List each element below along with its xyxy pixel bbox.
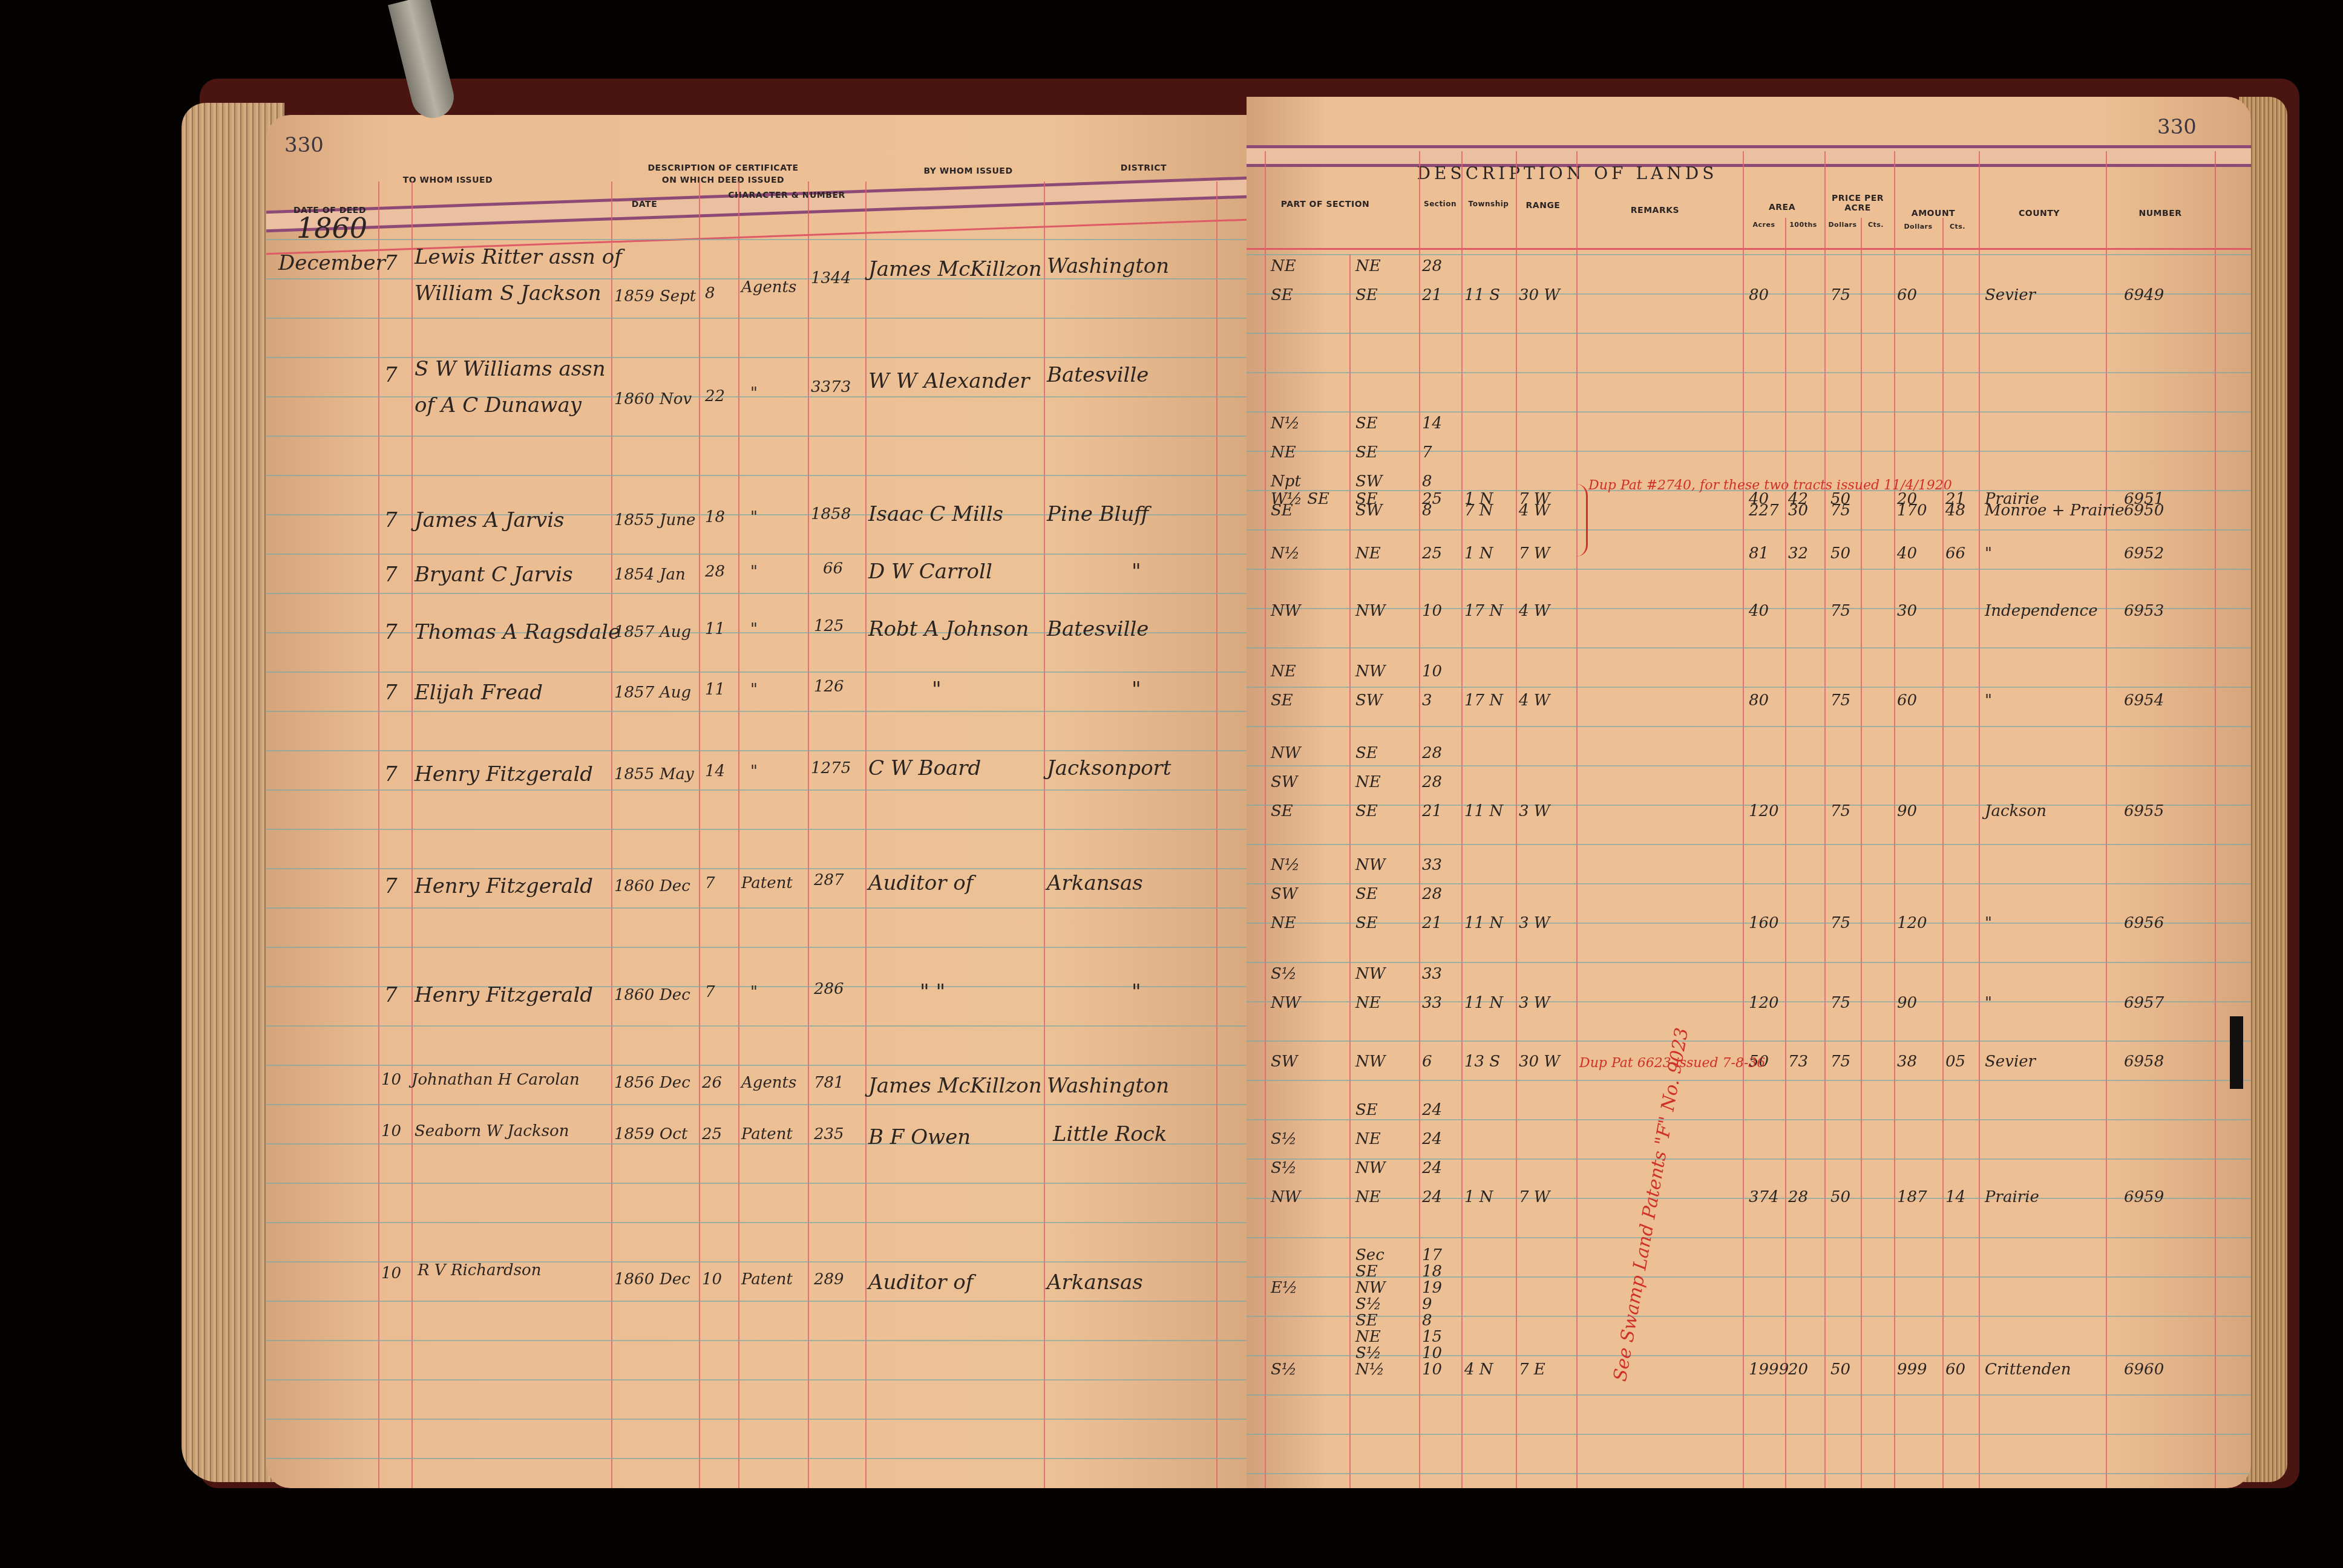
page-number-left: 330 (284, 133, 324, 157)
entry-cert-day: 26 (702, 1074, 722, 1092)
entry-cert-number: 126 (814, 678, 844, 696)
land-township: 11 S (1464, 286, 1500, 304)
ruled-line (1247, 1119, 2251, 1120)
column-rule (1516, 151, 1517, 1488)
price-per-acre-cts: 75 (1830, 994, 1850, 1012)
land-section: 21 (1422, 802, 1442, 820)
header-band (1247, 145, 2251, 167)
county: Sevier (1985, 1053, 2036, 1071)
land-section: 10 (1422, 1344, 1442, 1362)
entry-cert-number: 1275 (811, 759, 851, 777)
amount-dollars: 40 (1897, 544, 1917, 563)
ruled-line (1247, 1237, 2251, 1238)
entry-district: Arkansas (1047, 871, 1143, 895)
ruled-line (266, 1104, 1247, 1105)
column-rule (1861, 218, 1862, 1488)
ruled-line (266, 1379, 1247, 1380)
land-section: 7 (1422, 443, 1432, 462)
column-rule (1894, 151, 1895, 1488)
entry-by-whom: James McKillzon (868, 1074, 1042, 1098)
entry-cert-year: 1860 (614, 877, 654, 895)
price-per-acre-cts: 75 (1830, 914, 1850, 932)
entry-cert-number: 1344 (811, 269, 851, 287)
land-part-of-section: NW (1271, 994, 1300, 1012)
amount-dollars: 187 (1897, 1188, 1927, 1206)
land-section: 8 (1422, 1312, 1432, 1330)
amount-cts: 05 (1945, 1053, 1965, 1071)
land-section: 28 (1422, 257, 1442, 275)
entry-district: " (1132, 980, 1141, 1004)
ruled-line (1247, 1434, 2251, 1435)
ruled-line (1247, 1040, 2251, 1042)
column-rule (1265, 151, 1266, 1488)
entry-character: Agents (741, 1074, 796, 1092)
land-section: 28 (1422, 744, 1442, 762)
entry-cert-day: 14 (705, 762, 725, 780)
amount-dollars: 120 (1897, 914, 1927, 932)
entry-cert-day: 11 (705, 681, 725, 699)
land-range: 3 W (1519, 802, 1550, 820)
entry-character: Patent (741, 874, 793, 892)
entry-name: S W Williams assn (415, 357, 606, 381)
land-range: 7 W (1519, 544, 1550, 563)
header-by-whom-issued: BY WHOM ISSUED (902, 166, 1035, 176)
ruled-line (266, 868, 1247, 869)
remarks-brace (1576, 484, 1588, 557)
entry-month: December (278, 251, 385, 275)
land-quarter: NE (1355, 1328, 1381, 1346)
area-hundredths: 28 (1788, 1188, 1808, 1206)
entry-cert-number: 781 (814, 1074, 844, 1092)
entry-name: R V Richardson (418, 1261, 541, 1279)
ruled-line (266, 947, 1247, 948)
entry-character: " (750, 762, 758, 780)
column-rule (378, 181, 379, 1488)
land-section: 28 (1422, 773, 1442, 791)
header-hundredths: 100ths (1785, 221, 1821, 229)
land-part-of-section: NE (1271, 914, 1296, 932)
entry-by-whom: James McKillzon (868, 257, 1042, 281)
header-date: DATE (605, 200, 684, 209)
entry-day: 7 (384, 681, 398, 705)
land-quarter: SE (1355, 914, 1378, 932)
entry-by-whom: Auditor of (868, 1270, 973, 1295)
entry-by-whom: " " (920, 980, 945, 1004)
header-county: COUNTY (1979, 209, 2100, 218)
entry-by-whom: Isaac C Mills (868, 502, 1003, 526)
land-part-of-section: N½ (1271, 544, 1300, 563)
entry-cert-number: 1858 (811, 505, 851, 523)
column-rule (738, 181, 739, 1488)
ruled-line (266, 711, 1247, 712)
land-part-of-section: SW (1271, 1053, 1298, 1071)
area-acres: 81 (1749, 544, 1769, 563)
entry-character: " (750, 681, 758, 699)
entry-name-line2: of A C Dunaway (415, 393, 582, 417)
land-section: 15 (1422, 1328, 1442, 1346)
ruled-line (1247, 1473, 2251, 1474)
price-per-acre-cts: 50 (1830, 1361, 1850, 1379)
ruled-line (266, 1458, 1247, 1459)
column-rule (1419, 151, 1420, 1488)
land-quarter: NW (1355, 1159, 1385, 1177)
index-tab (2230, 1016, 2243, 1089)
entry-name: Henry Fitzgerald (415, 983, 593, 1007)
deed-number: 6953 (2124, 602, 2164, 620)
ruled-line (266, 1261, 1247, 1263)
land-section: 17 (1422, 1246, 1442, 1264)
entry-cert-year: 1857 (614, 623, 654, 641)
entry-district: Jacksonport (1047, 756, 1171, 780)
column-rule (1216, 181, 1217, 1488)
entry-by-whom: Robt A Johnson (868, 617, 1029, 641)
entry-character: " (750, 563, 758, 581)
land-part-of-section: W½ SE (1271, 490, 1329, 508)
entry-cert-year: 1855 (614, 765, 654, 783)
land-range: 3 W (1519, 914, 1550, 932)
land-quarter: S½ (1355, 1295, 1381, 1313)
ruled-line (1247, 962, 2251, 963)
entry-by-whom: " (932, 678, 942, 702)
entry-name: Elijah Fread (415, 681, 543, 705)
amount-dollars: 38 (1897, 1053, 1917, 1071)
entry-district: Batesville (1047, 617, 1149, 641)
ruled-line (1247, 1394, 2251, 1396)
entry-district: Washington (1047, 1074, 1169, 1098)
header-number: NUMBER (2106, 209, 2215, 218)
entry-cert-month: Jan (660, 566, 686, 584)
price-per-acre-cts: 50 (1830, 1188, 1850, 1206)
land-part-of-section: SW (1271, 885, 1298, 903)
header-character-number: CHARACTER & NUMBER (714, 191, 859, 200)
area-acres: 40 (1749, 602, 1769, 620)
land-section: 21 (1422, 286, 1442, 304)
deed-number: 6955 (2124, 802, 2164, 820)
entry-cert-month: Aug (660, 623, 691, 641)
ruled-line (1247, 1276, 2251, 1278)
entry-cert-number: 66 (823, 560, 843, 578)
area-acres: 160 (1749, 914, 1779, 932)
entry-cert-day: 10 (702, 1270, 722, 1289)
land-section: 10 (1422, 662, 1442, 681)
land-quarter: SE (1355, 490, 1378, 508)
land-quarter: NW (1355, 965, 1385, 983)
land-quarter: NW (1355, 1053, 1385, 1071)
entry-cert-day: 22 (705, 387, 725, 405)
header-description-of-lands: DESCRIPTION OF LANDS (1410, 163, 1725, 183)
land-part-of-section: S½ (1271, 965, 1297, 983)
land-quarter: SE (1355, 1263, 1378, 1281)
entry-by-whom: Auditor of (868, 871, 973, 895)
header-amount-dollars: Dollars (1894, 223, 1942, 230)
column-rule (1743, 151, 1744, 1488)
ruled-line (266, 1222, 1247, 1223)
price-per-acre-cts: 75 (1830, 286, 1850, 304)
land-quarter: NE (1355, 1130, 1381, 1148)
area-hundredths: 32 (1788, 544, 1808, 563)
ruled-line (266, 907, 1247, 909)
column-rule (1942, 218, 1944, 1488)
land-township: 17 N (1464, 602, 1503, 620)
ruled-line (1247, 765, 2251, 766)
area-acres: 120 (1749, 802, 1779, 820)
area-hundredths: 20 (1788, 1361, 1808, 1379)
amount-cts: 14 (1945, 1188, 1965, 1206)
entry-cert-year: 1854 (614, 566, 654, 584)
area-acres: 1999 (1749, 1361, 1789, 1379)
ruled-line (1247, 687, 2251, 688)
area-hundredths: 73 (1788, 1053, 1808, 1071)
column-rule (2106, 151, 2107, 1488)
entry-character: " (750, 384, 758, 402)
entry-day: 7 (384, 620, 398, 644)
entry-day: 7 (384, 563, 398, 587)
ruled-line (266, 1025, 1247, 1027)
county: Independence (1985, 602, 2098, 620)
land-section: 14 (1422, 414, 1442, 433)
entry-cert-number: 289 (814, 1270, 844, 1289)
entry-cert-month: Oct (660, 1125, 687, 1143)
land-township: 13 S (1464, 1053, 1500, 1071)
ruled-line (266, 357, 1247, 358)
land-part-of-section: SE (1271, 286, 1293, 304)
land-range: 7 E (1519, 1361, 1545, 1379)
land-section: 21 (1422, 914, 1442, 932)
header-part-of-section: PART OF SECTION (1265, 200, 1386, 209)
land-township: 11 N (1464, 802, 1503, 820)
header-amount-cts: Cts. (1942, 223, 1973, 230)
header-description-of-certificate: DESCRIPTION OF CERTIFICATE (629, 163, 817, 173)
land-range: 3 W (1519, 994, 1550, 1012)
page-number-right: 330 (2157, 115, 2197, 139)
entry-district: " (1132, 560, 1141, 584)
land-range: 7 W (1519, 1188, 1550, 1206)
entry-name: Johnathan H Carolan (411, 1071, 580, 1089)
ruled-line (1247, 883, 2251, 884)
amount-dollars: 999 (1897, 1361, 1927, 1379)
land-quarter: SE (1355, 802, 1378, 820)
column-rule (2215, 151, 2216, 1488)
header-price-per-acre: PRICE PER ACRE (1824, 194, 1891, 213)
land-quarter: NE (1355, 1188, 1381, 1206)
amount-cts: 66 (1945, 544, 1965, 563)
ruled-line (266, 318, 1247, 319)
header-range: RANGE (1516, 201, 1570, 211)
land-section: 24 (1422, 1101, 1442, 1119)
column-rule (411, 181, 413, 1488)
entry-day: 7 (384, 363, 398, 387)
column-rule (1785, 218, 1786, 1488)
left-page: 330 DATE OF DEED TO WHOM ISSUED DESCRIPT… (266, 115, 1247, 1488)
land-quarter: NW (1355, 662, 1385, 681)
land-range: 4 W (1519, 691, 1550, 710)
entry-cert-year: 1855 (614, 511, 654, 529)
ruled-line (1247, 647, 2251, 648)
land-quarter: NW (1355, 602, 1385, 620)
column-rule (1044, 181, 1045, 1488)
land-quarter: NE (1355, 544, 1381, 563)
header-rule (1247, 248, 2251, 250)
land-part-of-section: N½ (1271, 414, 1300, 433)
column-rule (1461, 151, 1463, 1488)
land-range: 4 W (1519, 602, 1550, 620)
deed-number: 6958 (2124, 1053, 2164, 1071)
land-quarter: SW (1355, 472, 1383, 491)
area-acres: 80 (1749, 286, 1769, 304)
entry-cert-number: 287 (814, 871, 844, 889)
deed-number: 6951 (2124, 490, 2164, 508)
header-acres: Acres (1743, 221, 1785, 229)
price-per-acre-cts: 75 (1830, 691, 1850, 710)
land-section: 18 (1422, 1263, 1442, 1281)
land-quarter: SE (1355, 744, 1378, 762)
area-acres: 80 (1749, 691, 1769, 710)
land-quarter: NE (1355, 257, 1381, 275)
deed-number: 6952 (2124, 544, 2164, 563)
entry-day: 7 (384, 983, 398, 1007)
county: Sevier (1985, 286, 2036, 304)
entry-by-whom: W W Alexander (868, 369, 1030, 393)
entry-by-whom: C W Board (868, 756, 981, 780)
county: " (1985, 544, 1992, 563)
ruled-line (266, 1065, 1247, 1066)
land-part-of-section: NW (1271, 1188, 1300, 1206)
land-quarter: NE (1355, 773, 1381, 791)
entry-cert-month: Dec (660, 877, 690, 895)
header-section: Section (1419, 200, 1461, 208)
land-range: 7 W (1519, 490, 1550, 508)
column-rule (1979, 151, 1980, 1488)
ruled-line (266, 239, 1247, 240)
land-section: 24 (1422, 1188, 1442, 1206)
entry-day: 10 (381, 1264, 401, 1282)
entry-name: Bryant C Jarvis (415, 563, 573, 587)
ruled-line (266, 750, 1247, 751)
deed-number: 6959 (2124, 1188, 2164, 1206)
land-quarter: SE (1355, 1312, 1378, 1330)
entry-name: Lewis Ritter assn of (415, 245, 622, 269)
entry-cert-month: Nov (660, 390, 692, 408)
ruled-line (1247, 529, 2251, 531)
entry-district: Washington (1047, 254, 1169, 278)
county: " (1985, 994, 1992, 1012)
header-to-whom-issued: TO WHOM ISSUED (387, 175, 508, 185)
entry-cert-month: Dec (660, 986, 690, 1004)
entry-character: Patent (741, 1270, 793, 1289)
land-section: 33 (1422, 856, 1442, 874)
land-section: 33 (1422, 965, 1442, 983)
entry-cert-month: June (660, 511, 695, 529)
land-part-of-section: SW (1271, 773, 1298, 791)
land-quarter: NE (1355, 994, 1381, 1012)
ruled-line (266, 789, 1247, 791)
ruled-line (266, 1301, 1247, 1302)
header-price-dollars: Dollars (1824, 221, 1861, 229)
land-quarter: SE (1355, 1101, 1378, 1119)
header-remarks: REMARKS (1585, 206, 1725, 215)
ruled-line (1247, 726, 2251, 727)
land-range: 30 W (1519, 1053, 1560, 1071)
entry-by-whom: B F Owen (868, 1125, 971, 1149)
entry-day: 7 (384, 251, 398, 275)
entry-cert-month: Aug (660, 684, 691, 702)
ruled-line (1247, 254, 2251, 255)
column-rule (808, 181, 809, 1488)
area-acres: 120 (1749, 994, 1779, 1012)
area-acres: 374 (1749, 1188, 1779, 1206)
ruled-line (1247, 569, 2251, 570)
land-quarter: NW (1355, 1279, 1385, 1297)
ruled-line (266, 1183, 1247, 1184)
column-rule (1576, 151, 1578, 1488)
land-section: 10 (1422, 1361, 1442, 1379)
land-quarter: SE (1355, 885, 1378, 903)
entry-cert-day: 7 (705, 983, 715, 1001)
ruled-line (266, 593, 1247, 594)
land-section: 28 (1422, 885, 1442, 903)
land-quarter: SE (1355, 286, 1378, 304)
entry-cert-month: Dec (660, 1074, 690, 1092)
land-section: 6 (1422, 1053, 1432, 1071)
land-part-of-section: SE (1271, 691, 1293, 710)
entry-day: 7 (384, 762, 398, 786)
column-rule (865, 181, 867, 1488)
price-per-acre-cts: 75 (1830, 602, 1850, 620)
amount-dollars: 60 (1897, 286, 1917, 304)
county: Prairie (1985, 1188, 2039, 1206)
land-quarter: Sec (1355, 1246, 1384, 1264)
ruled-line (1247, 451, 2251, 452)
land-part-of-section: N½ (1271, 856, 1300, 874)
entry-day: 10 (381, 1122, 401, 1140)
land-section: 8 (1422, 472, 1432, 491)
price-per-acre-cts: 75 (1830, 1053, 1850, 1071)
entry-cert-month: May (660, 765, 694, 783)
entry-by-whom: D W Carroll (868, 560, 992, 584)
remarks-note: Dup Pat #2740, for these two tracts issu… (1588, 478, 1952, 493)
entry-cert-day: 25 (702, 1125, 722, 1143)
entry-district: Pine Bluff (1047, 502, 1149, 526)
ruled-line (266, 554, 1247, 555)
land-part-of-section: NE (1271, 662, 1296, 681)
header-on-which-deed-issued: ON WHICH DEED ISSUED (629, 175, 817, 185)
entry-name: Seaborn W Jackson (415, 1122, 569, 1140)
county: Jackson (1985, 802, 2046, 820)
ruled-line (266, 436, 1247, 437)
header-area: AREA (1743, 203, 1821, 212)
entry-cert-number: 125 (814, 617, 844, 635)
land-part-of-section: Npt (1271, 472, 1301, 491)
entry-cert-year: 1857 (614, 684, 654, 702)
ruled-line (1247, 1355, 2251, 1356)
land-part-of-section: NW (1271, 602, 1300, 620)
land-part-of-section: SE (1271, 802, 1293, 820)
county: Prairie (1985, 490, 2039, 508)
header-price-cts: Cts. (1861, 221, 1891, 229)
entry-cert-month: Dec (660, 1270, 690, 1289)
ruled-line (266, 475, 1247, 476)
entry-cert-year: 1859 (614, 287, 654, 305)
amount-dollars: 30 (1897, 602, 1917, 620)
land-part-of-section: NE (1271, 443, 1296, 462)
ruled-line (1247, 1158, 2251, 1160)
land-section: 25 (1422, 544, 1442, 563)
land-section: 9 (1422, 1295, 1432, 1313)
column-rule (1824, 151, 1826, 1488)
entry-cert-year: 1859 (614, 1125, 654, 1143)
land-section: 10 (1422, 602, 1442, 620)
land-quarter: SW (1355, 691, 1383, 710)
